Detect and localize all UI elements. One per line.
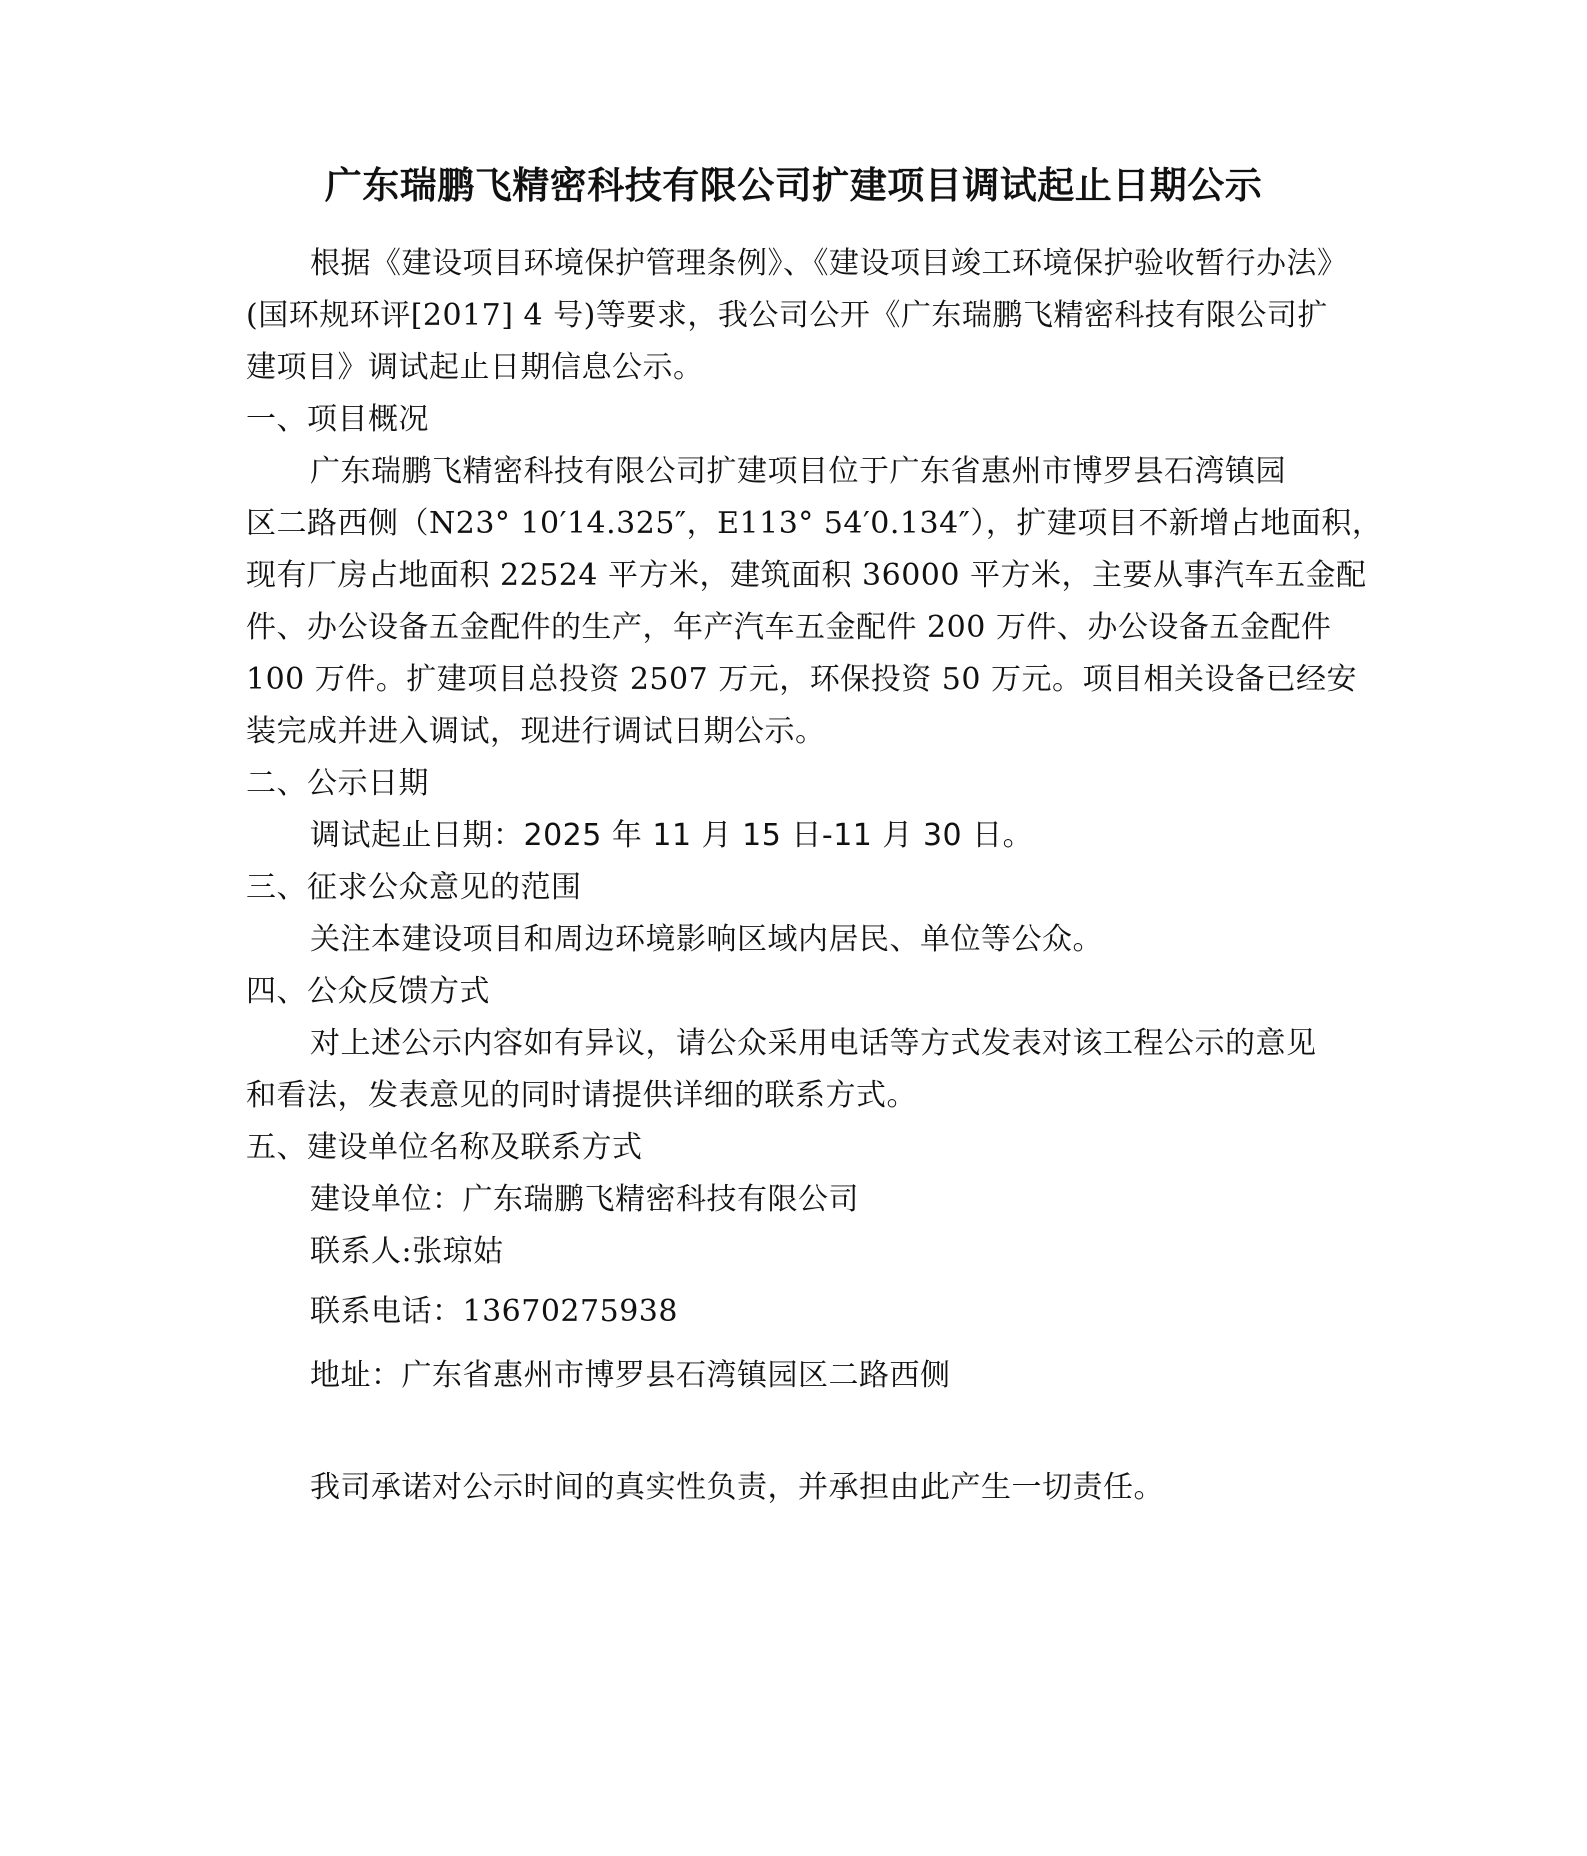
overview-line: 件、办公设备五金配件的生产，年产汽车五金配件 200 万件、办公设备五金配件 [246, 602, 1331, 646]
construction-unit: 建设单位：广东瑞鹏飞精密科技有限公司 [310, 1174, 859, 1218]
section-heading-feedback: 四、公众反馈方式 [246, 966, 490, 1010]
section-heading-overview: 一、项目概况 [246, 394, 429, 438]
intro-line: 建项目》调试起止日期信息公示。 [246, 342, 704, 386]
intro-line: (国环规环评[2017] 4 号)等要求，我公司公开《广东瑞鹏飞精密科技有限公司… [246, 290, 1328, 334]
closing-statement: 我司承诺对公示时间的真实性负责，并承担由此产生一切责任。 [310, 1462, 1164, 1506]
overview-line: 区二路西侧（N23° 10′14.325″，E113° 54′0.134″），扩… [246, 498, 1382, 542]
overview-line: 广东瑞鹏飞精密科技有限公司扩建项目位于广东省惠州市博罗县石湾镇园 [310, 446, 1286, 490]
overview-line: 现有厂房占地面积 22524 平方米，建筑面积 36000 平方米，主要从事汽车… [246, 550, 1367, 594]
contact-person: 联系人:张琼姑 [310, 1226, 504, 1270]
document-page: 广东瑞鹏飞精密科技有限公司扩建项目调试起止日期公示 根据《建设项目环境保护管理条… [0, 0, 1587, 1856]
section-heading-scope: 三、征求公众意见的范围 [246, 862, 582, 906]
intro-line: 根据《建设项目环境保护管理条例》、《建设项目竣工环境保护验收暂行办法》 [310, 238, 1348, 282]
section-heading-date: 二、公示日期 [246, 758, 429, 802]
contact-address: 地址：广东省惠州市博罗县石湾镇园区二路西侧 [310, 1350, 951, 1394]
document-title: 广东瑞鹏飞精密科技有限公司扩建项目调试起止日期公示 [0, 155, 1587, 209]
overview-line: 装完成并进入调试，现进行调试日期公示。 [246, 706, 826, 750]
debug-date-line: 调试起止日期：2025 年 11 月 15 日-11 月 30 日。 [310, 810, 1033, 854]
feedback-line: 对上述公示内容如有异议，请公众采用电话等方式发表对该工程公示的意见 [310, 1018, 1317, 1062]
overview-line: 100 万件。扩建项目总投资 2507 万元，环保投资 50 万元。项目相关设备… [246, 654, 1357, 698]
section-heading-contact: 五、建设单位名称及联系方式 [246, 1122, 643, 1166]
feedback-line: 和看法，发表意见的同时请提供详细的联系方式。 [246, 1070, 917, 1114]
contact-phone: 联系电话：13670275938 [310, 1286, 678, 1330]
scope-line: 关注本建设项目和周边环境影响区域内居民、单位等公众。 [310, 914, 1103, 958]
